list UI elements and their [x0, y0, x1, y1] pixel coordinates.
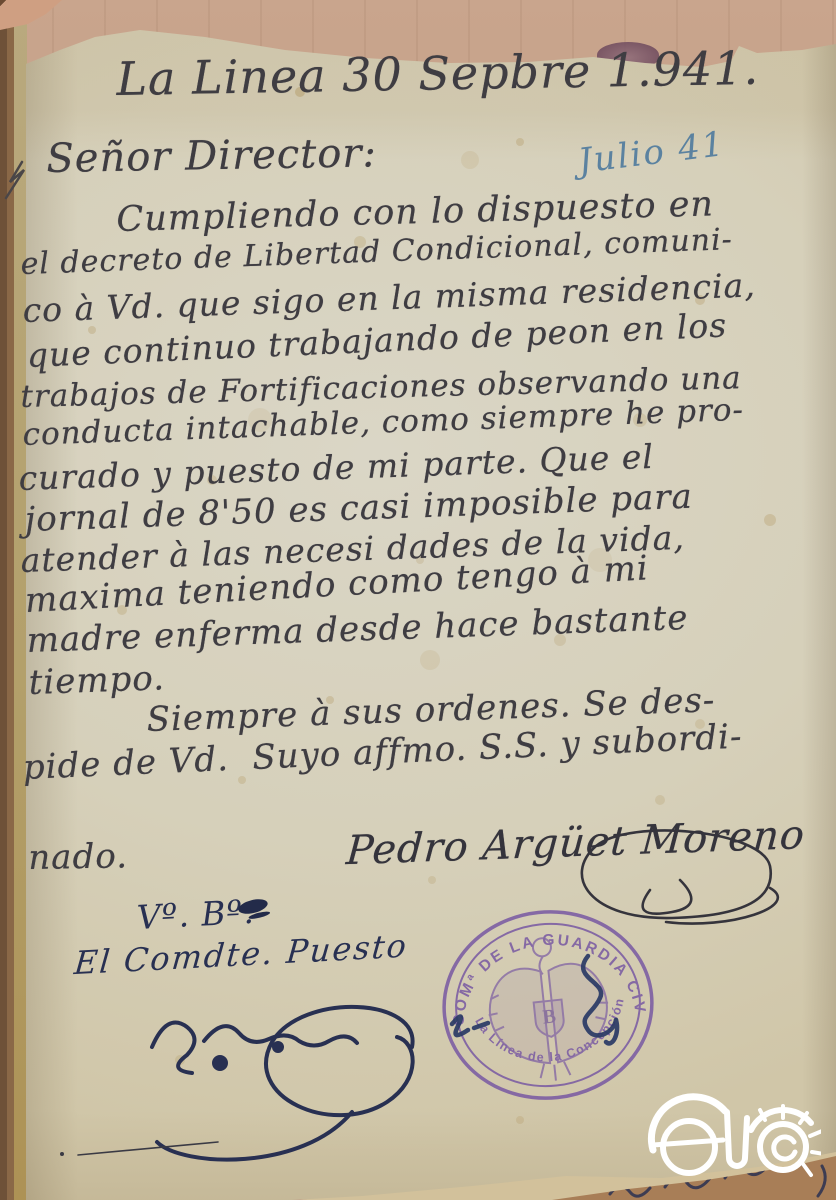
visto-bueno-mark: Vº. Bº.	[136, 892, 255, 937]
photographed-letter: La Linea 30 Sepbre 1.941. Señor Director…	[0, 0, 836, 1200]
margin-check-mark	[0, 150, 30, 210]
letter-line: nado.	[28, 836, 128, 878]
letter-line: tiempo.	[28, 658, 166, 703]
watermark-logo-icon	[645, 1090, 821, 1185]
dateline: La Linea 30 Sepbre 1.941.	[116, 41, 760, 106]
salutation: Señor Director:	[46, 130, 377, 182]
stray-pen-line	[50, 1128, 250, 1172]
blue-pen-scribbles	[440, 938, 640, 1058]
